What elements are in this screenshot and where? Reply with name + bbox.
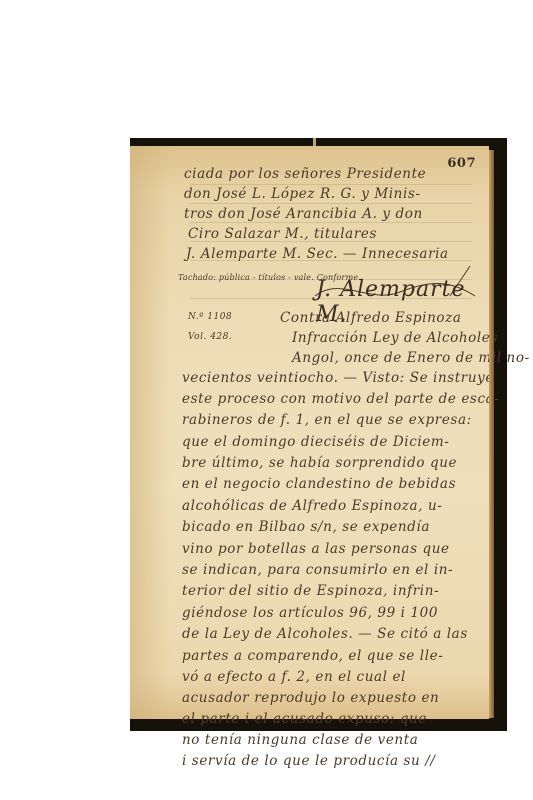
handwritten-line: giéndose los artículos 96, 99 i 100 — [182, 605, 438, 621]
handwritten-line: terior del sitio de Espinoza, infrin- — [182, 583, 439, 599]
case-title: Contra Alfredo Espinoza — [280, 310, 461, 326]
case-volume: Vol. 428. — [188, 332, 232, 342]
handwritten-line: don José L. López R. G. y Minis- — [184, 186, 421, 202]
handwritten-line: i servía de lo que le producía su // — [182, 753, 436, 769]
handwritten-line: tros don José Arancibia A. y don — [184, 206, 423, 222]
ruled-line — [190, 222, 472, 223]
page-number: 607 — [430, 156, 476, 171]
handwritten-line: este proceso con motivo del parte de esc… — [182, 391, 499, 407]
handwritten-line: no tenía ninguna clase de venta — [182, 732, 418, 748]
handwritten-line: alcohólicas de Alfredo Espinoza, u- — [182, 498, 442, 514]
handwritten-line: acusador reprodujo lo expuesto en — [182, 690, 439, 706]
handwritten-line: bicado en Bilbao s/n, se expendía — [182, 519, 430, 535]
handwritten-line: vino por botellas a las personas que — [182, 541, 450, 557]
handwritten-line: rabineros de f. 1, en el que se expresa: — [182, 412, 472, 428]
ruled-line — [190, 184, 472, 185]
handwritten-line: ciada por los señores Presidente — [184, 166, 426, 182]
handwritten-line: Angol, once de Enero de mil no- — [292, 350, 530, 366]
handwritten-line: J. Alemparte M. Sec. — Innecesaria — [186, 246, 449, 262]
handwritten-line: vó a efecto a f. 2, en el cual el — [182, 669, 406, 685]
handwritten-line: vecientos veintiocho. — Visto: Se instru… — [182, 370, 494, 386]
handwritten-line: bre último, se había sorprendido que — [182, 455, 457, 471]
handwritten-line: se indican, para consumirlo en el in- — [182, 562, 453, 578]
case-subject: Infracción Ley de Alcoholes — [292, 330, 498, 346]
handwritten-line: en el negocio clandestino de bebidas — [182, 476, 456, 492]
handwritten-line: el parte i el acusado expuso: que — [182, 711, 427, 727]
spine-glare — [313, 138, 316, 146]
document-page: 607 ciada por los señores Presidente don… — [130, 146, 489, 719]
handwritten-line: de la Ley de Alcoholes. — Se citó a las — [182, 626, 468, 642]
page-edge — [489, 150, 494, 718]
handwritten-line: Ciro Salazar M., titulares — [188, 226, 377, 242]
handwritten-line: que el domingo dieciséis de Diciem- — [182, 434, 449, 450]
ruled-line — [190, 203, 472, 204]
handwritten-line: partes a comparendo, el que se lle- — [182, 648, 443, 664]
case-number: N.º 1108 — [188, 312, 232, 322]
